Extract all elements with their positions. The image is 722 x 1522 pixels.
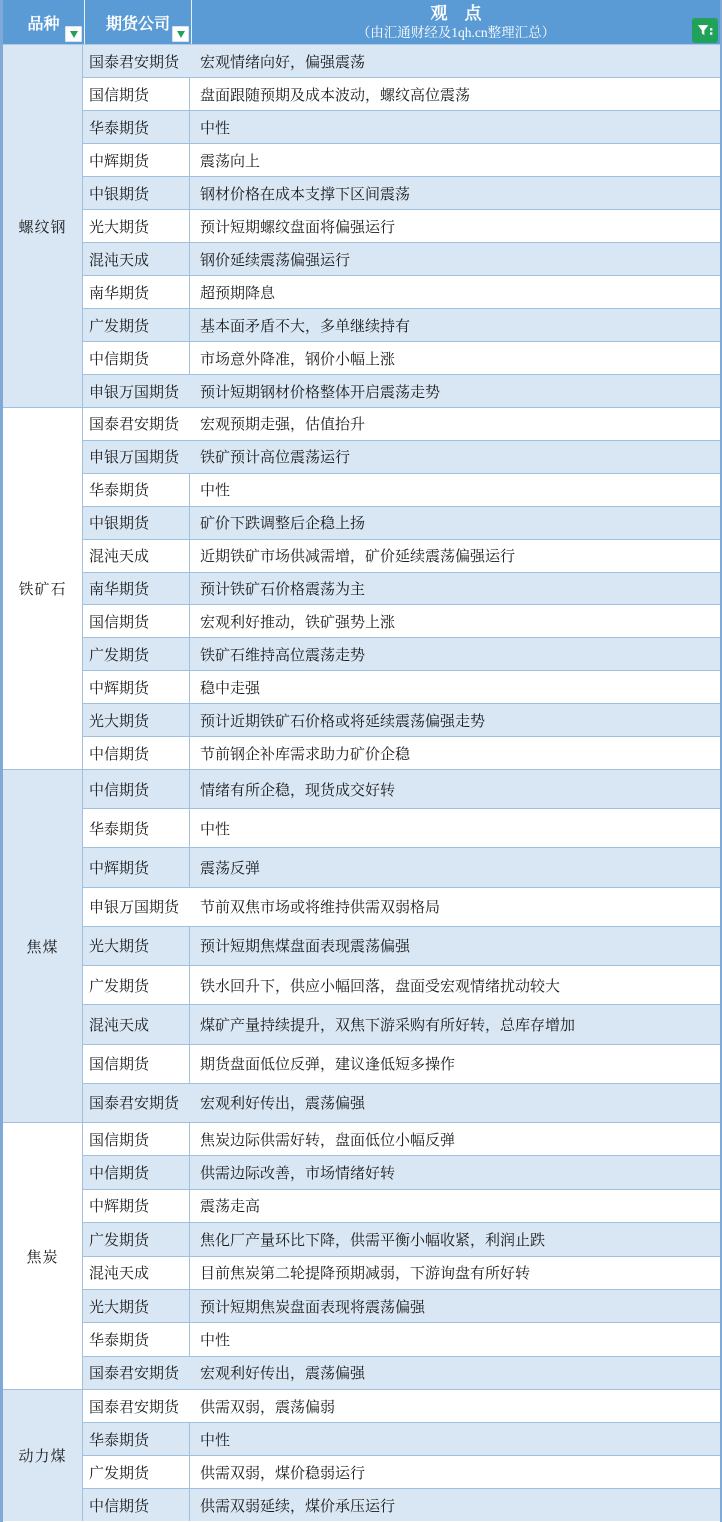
viewpoint-cell: 节前钢企补库需求助力矿价企稳: [190, 737, 720, 769]
variety-label: 动力煤: [18, 1445, 66, 1466]
section-rows: 国泰君安期货宏观预期走强，估值抬升申银万国期货铁矿预计高位震荡运行华泰期货中性中…: [83, 408, 720, 769]
table-row: 申银万国期货节前双焦市场或将维持供需双弱格局: [83, 888, 720, 927]
commodity-section: 螺纹钢国泰君安期货宏观情绪向好，偏强震荡国信期货盘面跟随预期及成本波动，螺纹高位…: [3, 45, 720, 408]
table-row: 中信期货情绪有所企稳，现货成交好转: [83, 770, 720, 809]
company-cell: 中银期货: [83, 507, 190, 539]
company-cell: 国泰君安期货: [83, 1390, 190, 1422]
company-cell: 申银万国期货: [83, 375, 190, 407]
viewpoint-cell: 供需双弱，煤价稳弱运行: [190, 1456, 720, 1488]
company-cell: 华泰期货: [83, 474, 190, 506]
company-filter-button[interactable]: [172, 26, 189, 42]
company-cell: 华泰期货: [83, 809, 190, 847]
header-cell-viewpoint: 观 点 （由汇通财经及1qh.cn整理汇总）: [191, 0, 720, 44]
viewpoint-cell: 焦炭边际供需好转，盘面低位小幅反弹: [190, 1123, 720, 1155]
commodity-section: 焦炭国信期货焦炭边际供需好转，盘面低位小幅反弹中信期货供需边际改善，市场情绪好转…: [3, 1123, 720, 1390]
company-cell: 国信期货: [83, 1123, 190, 1155]
viewpoint-cell: 震荡向上: [190, 144, 720, 176]
table-row: 广发期货基本面矛盾不大，多单继续持有: [83, 309, 720, 342]
viewpoint-cell: 中性: [190, 1423, 720, 1455]
table-row: 国信期货宏观利好推动，铁矿强势上涨: [83, 605, 720, 638]
variety-cell: 动力煤: [3, 1390, 83, 1521]
commodity-section: 动力煤国泰君安期货供需双弱，震荡偏弱华泰期货中性广发期货供需双弱，煤价稳弱运行中…: [3, 1390, 720, 1521]
viewpoint-cell: 钢材价格在成本支撑下区间震荡: [190, 177, 720, 209]
company-cell: 广发期货: [83, 966, 190, 1004]
viewpoint-column-header: 观 点: [431, 4, 482, 24]
viewpoint-cell: 盘面跟随预期及成本波动，螺纹高位震荡: [190, 78, 720, 110]
variety-cell: 焦煤: [3, 770, 83, 1122]
chevron-down-icon: [177, 31, 185, 38]
company-cell: 中信期货: [83, 1156, 190, 1188]
variety-cell: 铁矿石: [3, 408, 83, 769]
viewpoint-cell: 基本面矛盾不大，多单继续持有: [190, 309, 720, 341]
section-rows: 国泰君安期货宏观情绪向好，偏强震荡国信期货盘面跟随预期及成本波动，螺纹高位震荡华…: [83, 45, 720, 407]
company-cell: 广发期货: [83, 309, 190, 341]
company-cell: 中辉期货: [83, 671, 190, 703]
viewpoint-cell: 震荡反弹: [190, 848, 720, 886]
table-row: 中银期货钢材价格在成本支撑下区间震荡: [83, 177, 720, 210]
company-cell: 中信期货: [83, 737, 190, 769]
commodity-section: 铁矿石国泰君安期货宏观预期走强，估值抬升申银万国期货铁矿预计高位震荡运行华泰期货…: [3, 408, 720, 770]
table-row: 华泰期货中性: [83, 809, 720, 848]
section-rows: 国信期货焦炭边际供需好转，盘面低位小幅反弹中信期货供需边际改善，市场情绪好转中辉…: [83, 1123, 720, 1389]
table-row: 广发期货供需双弱，煤价稳弱运行: [83, 1456, 720, 1489]
table-row: 中信期货市场意外降准，钢价小幅上涨: [83, 342, 720, 375]
company-cell: 混沌天成: [83, 540, 190, 572]
table-row: 中信期货供需边际改善，市场情绪好转: [83, 1156, 720, 1189]
company-cell: 光大期货: [83, 927, 190, 965]
company-column-header: 期货公司: [106, 11, 170, 34]
company-cell: 混沌天成: [83, 243, 190, 275]
viewpoint-cell: 供需边际改善，市场情绪好转: [190, 1156, 720, 1188]
table-row: 南华期货预计铁矿石价格震荡为主: [83, 573, 720, 606]
table-row: 中银期货矿价下跌调整后企稳上扬: [83, 507, 720, 540]
viewpoint-cell: 中性: [190, 111, 720, 143]
viewpoint-cell: 期货盘面低位反弹，建议逢低短多操作: [190, 1045, 720, 1083]
table-row: 中辉期货震荡走高: [83, 1190, 720, 1223]
table-row: 中信期货节前钢企补库需求助力矿价企稳: [83, 737, 720, 769]
header-cell-variety: 品种: [3, 0, 84, 44]
company-cell: 中辉期货: [83, 144, 190, 176]
company-cell: 中辉期货: [83, 848, 190, 886]
viewpoint-cell: 宏观利好传出，震荡偏强: [190, 1084, 720, 1122]
viewpoint-cell: 预计短期螺纹盘面将偏强运行: [190, 210, 720, 242]
viewpoint-cell: 铁水回升下，供应小幅回落，盘面受宏观情绪扰动较大: [190, 966, 720, 1004]
table-row: 申银万国期货预计短期钢材价格整体开启震荡走势: [83, 375, 720, 407]
company-cell: 光大期货: [83, 210, 190, 242]
company-cell: 国信期货: [83, 78, 190, 110]
variety-cell: 焦炭: [3, 1123, 83, 1389]
viewpoint-cell: 宏观利好传出，震荡偏强: [190, 1357, 720, 1389]
company-cell: 中银期货: [83, 177, 190, 209]
table-row: 中辉期货稳中走强: [83, 671, 720, 704]
viewpoint-cell: 焦化厂产量环比下降，供需平衡小幅收紧，利润止跌: [190, 1223, 720, 1255]
company-cell: 华泰期货: [83, 1323, 190, 1355]
table-row: 国信期货焦炭边际供需好转，盘面低位小幅反弹: [83, 1123, 720, 1156]
viewpoint-cell: 铁矿石维持高位震荡走势: [190, 638, 720, 670]
company-cell: 光大期货: [83, 1290, 190, 1322]
company-cell: 国泰君安期货: [83, 45, 190, 77]
table-row: 光大期货预计短期焦炭盘面表现将震荡偏强: [83, 1290, 720, 1323]
viewpoint-cell: 宏观预期走强，估值抬升: [190, 408, 720, 440]
table-row: 国泰君安期货供需双弱，震荡偏弱: [83, 1390, 720, 1423]
viewpoint-cell: 铁矿预计高位震荡运行: [190, 441, 720, 473]
viewpoint-cell: 钢价延续震荡偏强运行: [190, 243, 720, 275]
company-cell: 中信期货: [83, 770, 190, 808]
viewpoint-cell: 中性: [190, 1323, 720, 1355]
viewpoint-cell: 预计铁矿石价格震荡为主: [190, 573, 720, 605]
table-row: 混沌天成目前焦炭第二轮提降预期减弱，下游询盘有所好转: [83, 1257, 720, 1290]
table-row: 申银万国期货铁矿预计高位震荡运行: [83, 441, 720, 474]
viewpoint-cell: 预计短期钢材价格整体开启震荡走势: [190, 375, 720, 407]
company-cell: 申银万国期货: [83, 888, 190, 926]
table-row: 国泰君安期货宏观利好传出，震荡偏强: [83, 1357, 720, 1389]
viewpoint-cell: 震荡走高: [190, 1190, 720, 1222]
table-row: 光大期货预计短期螺纹盘面将偏强运行: [83, 210, 720, 243]
table-row: 国泰君安期货宏观情绪向好，偏强震荡: [83, 45, 720, 78]
table-row: 混沌天成煤矿产量持续提升，双焦下游采购有所好转，总库存增加: [83, 1005, 720, 1044]
table-body: 螺纹钢国泰君安期货宏观情绪向好，偏强震荡国信期货盘面跟随预期及成本波动，螺纹高位…: [3, 45, 720, 1522]
commodity-section: 焦煤中信期货情绪有所企稳，现货成交好转华泰期货中性中辉期货震荡反弹申银万国期货节…: [3, 770, 720, 1123]
variety-filter-button[interactable]: [65, 26, 82, 42]
company-cell: 申银万国期货: [83, 441, 190, 473]
table-row: 国信期货盘面跟随预期及成本波动，螺纹高位震荡: [83, 78, 720, 111]
company-cell: 广发期货: [83, 638, 190, 670]
table-row: 国信期货期货盘面低位反弹，建议逢低短多操作: [83, 1045, 720, 1084]
table-row: 广发期货铁水回升下，供应小幅回落，盘面受宏观情绪扰动较大: [83, 966, 720, 1005]
table-header: 品种 期货公司 观 点 （由汇通财经及1qh.cn整理汇总）: [3, 0, 720, 45]
table-row: 华泰期货中性: [83, 111, 720, 144]
table-row: 华泰期货中性: [83, 1323, 720, 1356]
variety-label: 焦煤: [26, 936, 58, 957]
viewpoint-cell: 目前焦炭第二轮提降预期减弱，下游询盘有所好转: [190, 1257, 720, 1289]
table-row: 中辉期货震荡反弹: [83, 848, 720, 887]
viewpoint-cell: 近期铁矿市场供减需增，矿价延续震荡偏强运行: [190, 540, 720, 572]
variety-label: 铁矿石: [18, 578, 66, 599]
company-cell: 国信期货: [83, 1045, 190, 1083]
variety-label: 焦炭: [26, 1246, 58, 1267]
company-cell: 中信期货: [83, 1489, 190, 1521]
company-cell: 混沌天成: [83, 1005, 190, 1043]
company-cell: 中信期货: [83, 342, 190, 374]
table-row: 中信期货供需双弱延续，煤价承压运行: [83, 1489, 720, 1521]
section-rows: 中信期货情绪有所企稳，现货成交好转华泰期货中性中辉期货震荡反弹申银万国期货节前双…: [83, 770, 720, 1122]
header-cell-company: 期货公司: [84, 0, 191, 44]
variety-column-header: 品种: [27, 11, 59, 34]
funnel-filter-icon[interactable]: [692, 18, 718, 43]
viewpoint-cell: 预计短期焦煤盘面表现震荡偏强: [190, 927, 720, 965]
viewpoint-cell: 超预期降息: [190, 276, 720, 308]
company-cell: 华泰期货: [83, 111, 190, 143]
viewpoint-cell: 供需双弱，震荡偏弱: [190, 1390, 720, 1422]
company-cell: 混沌天成: [83, 1257, 190, 1289]
viewpoint-cell: 预计短期焦炭盘面表现将震荡偏强: [190, 1290, 720, 1322]
table-row: 华泰期货中性: [83, 1423, 720, 1456]
viewpoint-cell: 宏观情绪向好，偏强震荡: [190, 45, 720, 77]
table-row: 广发期货铁矿石维持高位震荡走势: [83, 638, 720, 671]
company-cell: 国泰君安期货: [83, 408, 190, 440]
table-row: 混沌天成钢价延续震荡偏强运行: [83, 243, 720, 276]
company-cell: 光大期货: [83, 704, 190, 736]
table-row: 混沌天成近期铁矿市场供减需增，矿价延续震荡偏强运行: [83, 540, 720, 573]
table-row: 华泰期货中性: [83, 474, 720, 507]
table-row: 光大期货预计近期铁矿石价格或将延续震荡偏强走势: [83, 704, 720, 737]
table-row: 国泰君安期货宏观预期走强，估值抬升: [83, 408, 720, 441]
viewpoint-cell: 稳中走强: [190, 671, 720, 703]
viewpoint-cell: 节前双焦市场或将维持供需双弱格局: [190, 888, 720, 926]
company-cell: 广发期货: [83, 1223, 190, 1255]
table-row: 中辉期货震荡向上: [83, 144, 720, 177]
viewpoint-header-subtitle: （由汇通财经及1qh.cn整理汇总）: [357, 25, 555, 41]
company-cell: 中辉期货: [83, 1190, 190, 1222]
company-cell: 华泰期货: [83, 1423, 190, 1455]
viewpoint-cell: 宏观利好推动，铁矿强势上涨: [190, 605, 720, 637]
table-row: 光大期货预计短期焦煤盘面表现震荡偏强: [83, 927, 720, 966]
company-cell: 南华期货: [83, 276, 190, 308]
company-cell: 国泰君安期货: [83, 1357, 190, 1389]
viewpoint-cell: 中性: [190, 474, 720, 506]
table-row: 广发期货焦化厂产量环比下降，供需平衡小幅收紧，利润止跌: [83, 1223, 720, 1256]
section-rows: 国泰君安期货供需双弱，震荡偏弱华泰期货中性广发期货供需双弱，煤价稳弱运行中信期货…: [83, 1390, 720, 1521]
futures-viewpoint-table: 品种 期货公司 观 点 （由汇通财经及1qh.cn整理汇总） 螺纹钢国泰君安期货…: [0, 0, 722, 1522]
viewpoint-cell: 煤矿产量持续提升，双焦下游采购有所好转，总库存增加: [190, 1005, 720, 1043]
company-cell: 国信期货: [83, 605, 190, 637]
company-cell: 南华期货: [83, 573, 190, 605]
funnel-icon: [695, 21, 715, 41]
variety-label: 螺纹钢: [18, 216, 66, 237]
viewpoint-cell: 供需双弱延续，煤价承压运行: [190, 1489, 720, 1521]
viewpoint-cell: 情绪有所企稳，现货成交好转: [190, 770, 720, 808]
chevron-down-icon: [70, 31, 78, 38]
viewpoint-cell: 矿价下跌调整后企稳上扬: [190, 507, 720, 539]
viewpoint-cell: 预计近期铁矿石价格或将延续震荡偏强走势: [190, 704, 720, 736]
company-cell: 广发期货: [83, 1456, 190, 1488]
company-cell: 国泰君安期货: [83, 1084, 190, 1122]
table-row: 南华期货超预期降息: [83, 276, 720, 309]
viewpoint-cell: 中性: [190, 809, 720, 847]
table-row: 国泰君安期货宏观利好传出，震荡偏强: [83, 1084, 720, 1122]
viewpoint-cell: 市场意外降准，钢价小幅上涨: [190, 342, 720, 374]
variety-cell: 螺纹钢: [3, 45, 83, 407]
